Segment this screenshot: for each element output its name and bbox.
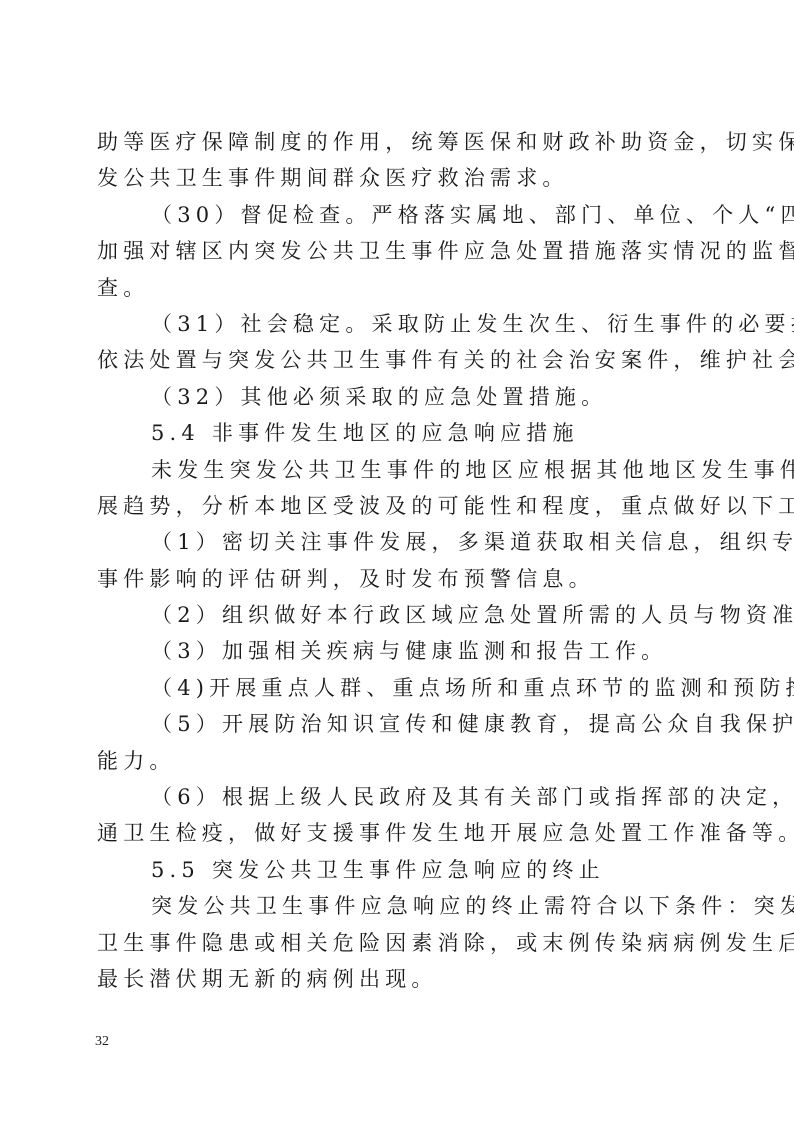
text-line: 通卫生检疫，做好支援事件发生地开展应急处置工作准备等。 xyxy=(97,815,692,851)
text-line: （5）开展防治知识宣传和健康教育，提高公众自我保护意识和 xyxy=(97,706,692,742)
text-line: 查。 xyxy=(97,270,692,306)
text-line: 发公共卫生事件期间群众医疗救治需求。 xyxy=(97,160,692,196)
text-line: 卫生事件隐患或相关危险因素消除，或末例传染病病例发生后经过 xyxy=(97,925,692,961)
text-line: （2）组织做好本行政区域应急处置所需的人员与物资准备。 xyxy=(97,597,692,633)
text-line: （31）社会稳定。采取防止发生次生、衍生事件的必要措施。 xyxy=(97,306,692,342)
text-line: （30）督促检查。严格落实属地、部门、单位、个人“四方责任”， xyxy=(97,197,692,233)
text-line: 最长潜伏期无新的病例出现。 xyxy=(97,961,692,997)
section-heading-5-5: 5.5 突发公共卫生事件应急响应的终止 xyxy=(97,852,692,888)
text-line: 助等医疗保障制度的作用，统筹医保和财政补助资金，切实保障突 xyxy=(97,124,692,160)
page-number: 32 xyxy=(95,1034,109,1050)
text-line: 未发生突发公共卫生事件的地区应根据其他地区发生事件的发 xyxy=(97,452,692,488)
text-line: （3）加强相关疾病与健康监测和报告工作。 xyxy=(97,633,692,669)
text-line: 依法处置与突发公共卫生事件有关的社会治安案件，维护社会稳定。 xyxy=(97,342,692,378)
text-line: （1）密切关注事件发展，多渠道获取相关信息，组织专家开展 xyxy=(97,524,692,560)
text-line: （6）根据上级人民政府及其有关部门或指挥部的决定，开展交 xyxy=(97,779,692,815)
text-line: 展趋势，分析本地区受波及的可能性和程度，重点做好以下工作: xyxy=(97,488,692,524)
text-line: （32）其他必须采取的应急处置措施。 xyxy=(97,379,692,415)
text-line: 加强对辖区内突发公共卫生事件应急处置措施落实情况的监督检 xyxy=(97,233,692,269)
text-line: 事件影响的评估研判，及时发布预警信息。 xyxy=(97,561,692,597)
text-line: （4)开展重点人群、重点场所和重点环节的监测和预防控制工作。 xyxy=(97,670,692,706)
text-line: 突发公共卫生事件应急响应的终止需符合以下条件：突发公共 xyxy=(97,888,692,924)
document-body: 助等医疗保障制度的作用，统筹医保和财政补助资金，切实保障突 发公共卫生事件期间群… xyxy=(97,124,692,997)
section-heading-5-4: 5.4 非事件发生地区的应急响应措施 xyxy=(97,415,692,451)
text-line: 能力。 xyxy=(97,743,692,779)
